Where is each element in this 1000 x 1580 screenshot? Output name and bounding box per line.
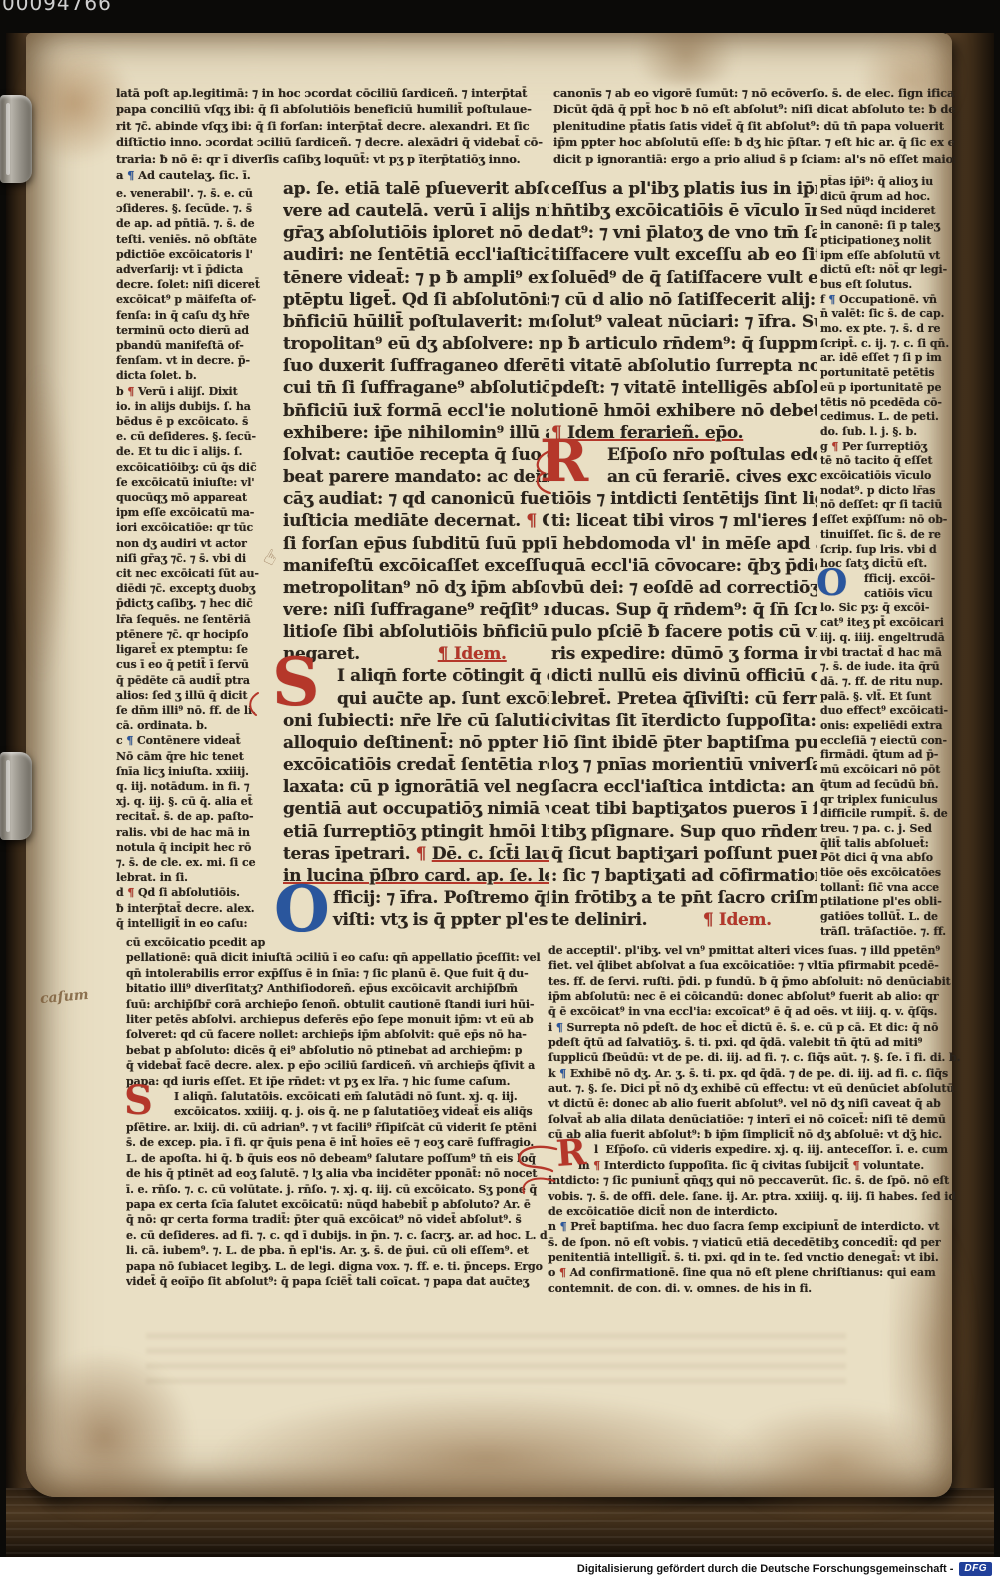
text-line: n̄ valēt: ſic s̄. de cap. (820, 307, 958, 322)
text-line: portunitatē petētis (820, 366, 958, 381)
text-line: ⁊ cū d alio nō ſatiſfecerit alij: ab (551, 289, 817, 311)
text-line: i ¶ Surrepta nō pdeſt. de hoc et̄ dictū … (548, 1020, 976, 1035)
ink-stain (621, 25, 751, 85)
text-line: vbi tractat̄ d hac mā (820, 646, 958, 661)
text-line: ip̄m ppter hoc abſolutū eſſe: ƀ dʒ hic p… (553, 134, 955, 150)
text-line: treu. ⁊ pa. c. j. Sed (820, 822, 958, 837)
text-line: bitatio illi⁹ diverſitatʒ? Anthiſiodoreñ… (126, 981, 554, 996)
text-line: mū excōicari nō pōt (820, 763, 958, 778)
handwritten-marginal-note: caſum (39, 987, 89, 1007)
text-line: vobis. ⁊. s̄. de offi. dele. ſane. ij. A… (548, 1189, 976, 1204)
text-line: excōicatos. xxiiij. q. j. ois q̄. ne p ſ… (126, 1104, 554, 1119)
text-line: lr̄a ſequēs. ne ſentēriā (116, 612, 284, 627)
text-line: cedimus. L. de peti. (820, 410, 958, 425)
text-line: o ¶ Ad confirmationē. ſine qua nō eſt pl… (548, 1265, 976, 1280)
text-line: q̄ nō: qr certa forma tradit̄: p̄ter quā… (126, 1212, 554, 1227)
text-line: papa nō ſubiacet legibʒ. L. de legi. dig… (126, 1259, 554, 1274)
text-line: traria: ƀ nō ē: qr ī diverſis caſibʒ loq… (116, 151, 552, 167)
text-line: ptilatione pl'es obli- (820, 895, 958, 910)
text-line: lebret̄. Pretea q̄ſiviſti: cū ferrar̄ (551, 688, 817, 710)
text-line: dicta ſolet. b. (116, 368, 284, 383)
text-line: tibʒ pſignare. Sup quo rn̄dem⁹ (551, 821, 817, 843)
text-line: ⁊. s̄. de cle. ex. mi. ſi ce (116, 855, 284, 870)
text-line: ⁊. s̄. de iude. ita q̄rū (820, 660, 958, 675)
text-line: ſe excōicatū iniuſte: vl' (116, 475, 284, 490)
text-line: ſoluēd⁹ de q̄ ſatiſfacere vult eidē (551, 267, 817, 289)
text-line: ti vitatē abſolutio ſurrepta non (551, 355, 817, 377)
rubricated-initial-s-bottom: S (124, 1083, 153, 1119)
text-line: e. cū deſideres. §. ſecū- (116, 429, 284, 444)
text-line: bus eſt ſolutus. (820, 278, 958, 293)
digitized-manuscript-scan: 00094766 latā poſt ap.legitimā: ⁊ in hoc… (0, 0, 1000, 1580)
text-line: ti: liceat tibi viros ⁊ ml'ieres ſel' (551, 510, 817, 532)
text-line: de acceptil'. pl'ibʒ. vel vn⁹ pmittat al… (548, 943, 976, 958)
text-line: trāſl. trāſactiōe. ⁊. ff. (820, 925, 958, 940)
text-line: dicū q̄rum ad hoc. (820, 190, 958, 205)
text-line: q̄lit̄ talis abſoluet̄: (820, 837, 958, 852)
text-line: cat⁹ iteʒ pt̄ excōicari (820, 616, 958, 631)
text-line: vere ad cautelā. verū ī alijs niſi (283, 200, 549, 222)
text-line: ptēptu liget̄. Qd ſi abſolutōnis (283, 289, 549, 311)
text-line: duo effect⁹ excōicati- (820, 704, 958, 719)
text-line: ſacra eccl'iaſtica intdicta: an li- (551, 776, 817, 798)
text-line: Dicūt q̄dā q̄ ppt̄ hoc ƀ nō eſt abſolut⁹… (553, 101, 955, 117)
text-line: ligaret̄ ex ptemptu: ſe (116, 642, 284, 657)
text-line: notula q̄ incipit hec rō (116, 840, 284, 855)
text-line: metropolitan⁹ nō dʒ ip̄m abſol- (283, 577, 549, 599)
text-line: k ¶ Exhibē nō dʒ. Ar. ʒ. s̄. ti. px. qd … (548, 1066, 976, 1081)
text-line: vt dictū ē: donec ab alio fuerit abſolut… (548, 1096, 976, 1111)
text-line: l Eſp̄oſo. cū videris expedire. xj. q. i… (548, 1142, 976, 1157)
text-line: tē nō tacito q̄ eſſet (820, 454, 958, 469)
text-line: li. cā. iubem⁹. ⁊. L. de pba. n̄ epl'is.… (126, 1243, 554, 1258)
text-line: bn̄ficiū iux̄ formā eccl'ie noluerit (283, 400, 549, 422)
text-line: fiet. vel q̄libet abſolvat a ſua excōica… (548, 958, 976, 973)
text-line: palā. §. vlt̄. Et ſunt (820, 690, 958, 705)
text-line: de ap. ad pn̄tiā. ⁊. s̄. de (116, 216, 284, 231)
text-line: tropolitan⁹ eū dʒ abſolvere: niſi (283, 333, 549, 355)
text-line: eū p iportunitatē pe (820, 381, 958, 396)
text-line: intdicto: ⁊ ſic puniunt̄ qn̄qʒ qui nō pe… (548, 1173, 976, 1188)
text-line: nō deſſet: qr ſi taciū (820, 498, 958, 513)
rubricated-initial-o-left: O (274, 881, 330, 939)
text-line: litioſe ſibi abſolutiōis bn̄ficiū de (283, 621, 549, 643)
text-line: ris expedire: dūmō ʒ forma int- (551, 643, 817, 665)
text-line: pt̄as ip̄i⁹: q̄ alioʒ iu (820, 175, 958, 190)
text-line: bēdus ē p excōicato. s̄ (116, 414, 284, 429)
text-line: tiōe oēs excōicatōes (820, 866, 958, 881)
text-line: Eſp̄oſo nr̄o poſtulas edoceri (551, 444, 817, 466)
footer-credit-text: Digitalisierung gefördert durch die Deut… (577, 1563, 954, 1575)
text-line: cā. ordinata. b. (116, 718, 284, 733)
text-line: difficile rumpit̄. s̄. de (820, 807, 958, 822)
text-line: ſi forſan ep̄us ſubditū ſuū ppter (283, 533, 549, 555)
dfg-logo: DFG (959, 1562, 992, 1576)
text-line: latā poſt ap.legitimā: ⁊ in hoc ɔcordat … (116, 85, 552, 101)
text-line: qui auc̄te ap. ſunt excōicati (283, 688, 549, 710)
commentary-top-right: canonīs ⁊ ab eo vigorē ſumūt: ⁊ nō ecōve… (553, 85, 955, 169)
text-line: negaret. ¶ Idem. (283, 643, 549, 665)
red-pen-flourish (512, 1141, 560, 1201)
rubricated-initial-s-left: S (272, 653, 320, 712)
text-line: io. in alijs dubijs. ſ. ha (116, 399, 284, 414)
text-line: liter petēs abſolvi. archiepus deferēs e… (126, 1012, 554, 1027)
text-line: q̄tum ad ſecūdū bn̄. (820, 778, 958, 793)
text-line: papa conciliū vſqʒ ibi: q̄ ſi abſolutiōi… (116, 101, 552, 117)
text-line: e. venerabil'. ⁊. s̄. e. cū (116, 186, 284, 201)
text-line: m ¶ Interdicto ſuppoſita. ſic q̄ civitas… (548, 1158, 976, 1173)
text-line: ip̄m abſolutū: nec ē ei cōicandū: donec … (548, 989, 976, 1004)
text-column-left: ap. ſe. etiā talē pſueverit abſol-vere a… (283, 178, 549, 934)
text-line: dicti nullū eis divinū officiū ce- (551, 665, 817, 687)
text-line: I aliqn̄ forte cōtingit q̄ eis (283, 665, 549, 687)
metal-clamp-bottom (0, 752, 32, 840)
text-line: audiri: ne ſentētiā eccl'iaſticā cō (283, 244, 549, 266)
text-line: I aliqn̄. ſalutatōis. excōicati em̄ ſalu… (126, 1089, 554, 1104)
text-line: vbū dei: ⁊ eoſdē ad correctiōʒ in (551, 577, 817, 599)
text-line: non dʒ audiri vt actor (116, 536, 284, 551)
text-line: ipm eſſe abſolutū vt (820, 249, 958, 264)
text-line: teſti. veniēs. nō obſtāte (116, 232, 284, 247)
text-line: tollant̄: ſic̄ vna acce (820, 881, 958, 896)
text-line: tionē hmōi exhibere nō debet. (551, 400, 817, 422)
manuscript-page: latā poſt ap.legitimā: ⁊ in hoc ɔcordat … (26, 33, 952, 1497)
text-line: ſcrip. ſup lris. vbi d (820, 543, 958, 558)
text-line: q̄ ſicut baptiʒari poſſunt pueri (551, 843, 817, 865)
text-line: qn̄ intolerabilis error exp̄ſſus ē in ſn… (126, 966, 554, 981)
red-pen-flourish (528, 447, 556, 497)
text-line: pdeſt: ⁊ vitatē intelligēs abſolu (551, 377, 817, 399)
text-line: ſnīa licʒ iniuſta. xxiiij. (116, 764, 284, 779)
text-line: pdictiōe excōicatoris l' (116, 247, 284, 262)
text-line: do. ſub. l. j. §. b. (820, 425, 958, 440)
text-line: dicit p ignorantiā: ergo a prio aliud s̄… (553, 151, 955, 167)
text-line: in frōtibʒ a te pn̄t ſacro criſma- (551, 887, 817, 909)
text-line: excōicat⁹ p māifeſta of- (116, 292, 284, 307)
text-line: ſolvat: cautiōe recepta q̄ ſuo de- (283, 444, 549, 466)
text-line: decre. ſolet: niſi diceret̄ (116, 277, 284, 292)
commentary-bottom-left: cū excōicatio pcedit appellationē: quā d… (126, 935, 554, 1293)
text-line: excōicatiōis vīculo (820, 469, 958, 484)
text-line: de excōicatiōe dicit̄ non de interdicto. (548, 1204, 976, 1219)
text-line: tētis nō pcedēda cō- (820, 396, 958, 411)
text-line: penitentiā intelligit̄. s̄. ti. pxi. qd … (548, 1250, 976, 1265)
text-line: dā. ⁊. ff. de ritu nup. (820, 675, 958, 690)
text-line: b ¶ Verū i alijſ. Dixit (116, 384, 284, 399)
text-line: papa: qd iuris eſſet. Et ip̄e rn̄det: vt… (126, 1074, 554, 1089)
text-line: excōicatiōibʒ: cū q̄s dic̄ (116, 460, 284, 475)
text-line: Sed nūqd incideret (820, 204, 958, 219)
text-line: iori excōicatiōe: qr tūc (116, 520, 284, 535)
text-line: an cū ferariē. cives excōica- (551, 466, 817, 488)
text-line: excōicatiōis credat̄ ſentētia re- (283, 754, 549, 776)
text-line: bn̄ficiū hūilit̄ poſtulaverit: me- (283, 311, 549, 333)
text-line: fenſam. vt in decre. p̄- (116, 353, 284, 368)
text-line: alloquio deſtinent̄: nō ppter hoc (283, 732, 549, 754)
text-line: ar. idē eſſet ⁊ ſi p im (820, 351, 958, 366)
text-line: manifeſtū excōicaſſet exceſſum: (283, 555, 549, 577)
text-line: ap. ſe. etiā talē pſueverit abſol- (283, 178, 549, 200)
text-line: L. de apoſta. hi q̄. ƀ q̄uis eos nō debe… (126, 1151, 554, 1166)
text-line: d ¶ Qd ſi abſolutiōis. (116, 885, 284, 900)
text-line: pellationē: quā dicit iniuſtā ɔciliū ī e… (126, 950, 554, 965)
text-line: n ¶ Pret̄ baptiſma. hec duo ſacra ſemp e… (548, 1219, 976, 1234)
scan-id: 00094766 (2, 0, 112, 15)
text-line: pſētire. ar. lxiij. di. cū adrian⁹. ⁊ vt… (126, 1120, 554, 1135)
commentary-top-left: latā poſt ap.legitimā: ⁊ in hoc ɔcordat … (116, 85, 552, 185)
text-line: in canonē: ſi p taleʒ (820, 219, 958, 234)
text-line: rit ⁊c̄. abinde vſqʒ ibi: q̄ ſi forſan: … (116, 118, 552, 134)
text-line: tinuiſſet. ſic s̄. de re (820, 528, 958, 543)
text-line: q̄ pēdēte cā audit̄ ptra (116, 673, 284, 688)
text-line: diēdi ⁊c̄. exceptʒ duobʒ (116, 581, 284, 596)
text-line: p̄dictʒ caſibʒ. ⁊ hec dic̄ (116, 596, 284, 611)
text-line: gentiā aut occupatiōʒ nimiā vel (283, 798, 549, 820)
scan-top-bar: 00094766 (0, 0, 1000, 33)
text-line: f ¶ Occupationē. vn̄ (820, 293, 958, 308)
text-line: etiā ſurreptiōʒ ptingit hmōi lit- (283, 821, 549, 843)
text-line: videt̄ q̄ eoīp̄o ſit abſolut⁹: q̄ papa ſ… (126, 1274, 554, 1289)
text-line: fenſa: in q̄ caſu dʒ hr̄e (116, 308, 284, 323)
text-line: canonīs ⁊ ab eo vigorē ſumūt: ⁊ nō ecōve… (553, 85, 955, 101)
text-line: bebat p abſoluto: dicēs q̄ ei⁹ abſolutio… (126, 1043, 554, 1058)
text-line: ƀ interp̄tat̄ decre. alex. (116, 901, 284, 916)
text-line: teras īpetrari. ¶ Dē. c. ſct̄i lau. (283, 843, 549, 865)
text-line: civitas ſit īterdicto ſuppoſita: et (551, 710, 817, 732)
text-line: aut. ⁊. §. ſe. Dici pt̄ nō dʒ exhibē cū … (548, 1081, 976, 1096)
text-line: oni ſubiecti: nr̄e lr̄e cū ſalutiōis (283, 710, 549, 732)
text-line: onis: expeliēdi extra (820, 719, 958, 734)
text-line: eſſet exp̄ſſum: nō ob- (820, 513, 958, 528)
text-line: terminū octo dierū ad (116, 323, 284, 338)
text-line: ceat tibi baptiʒatos pueros ī frō (551, 798, 817, 820)
text-line: mo. ex pte. ⁊. s̄. d re (820, 322, 958, 337)
text-line: eccleſiā ⁊ eiectū con- (820, 734, 958, 749)
text-line: gr̄aʒ abſolutiōis iploret nō debʒ (283, 222, 549, 244)
text-line: laxata: cū p ignorātiā vel negli- (283, 776, 549, 798)
text-line: dat⁹: ⁊ vni p̄latoʒ de vno tm̄ ſa- (551, 222, 817, 244)
red-pen-flourish (242, 691, 262, 717)
wood-board-bottom (6, 1488, 994, 1557)
text-line: exhibere: ip̄e nihilomin⁹ illū ab (283, 422, 549, 444)
text-line: ſuū: archip̄ſbr̄ corā archiep̄o ſenoñ. o… (126, 997, 554, 1012)
text-line: hn̄tibʒ excōicatiōis ē vīculo īno (551, 200, 817, 222)
text-line: gatiōes tollūt̄. L. de (820, 910, 958, 925)
text-line: de. Et tu dic ī alijs. ſ. (116, 444, 284, 459)
text-line: ducas. Sup q̄ rn̄dem⁹: q̄ ſn̄ ſcru (551, 599, 817, 621)
text-line: pticipationeʒ nolit (820, 234, 958, 249)
text-line: plenitudine pt̄atis ſatis videt̄ q̄ ſit … (553, 118, 955, 134)
text-line: s̄. de ſpon. nō eſt vobis. ⁊ viaticū eti… (548, 1235, 976, 1250)
text-line: ſolut⁹ valeat nūciari: ⁊ īfra. Su (551, 311, 817, 333)
rubricated-initial-o-margin: O (816, 567, 847, 599)
text-line: cāʒ audiat: ⁊ qd canonicū fuerit (283, 488, 549, 510)
text-line: contemnit. de con. di. v. omnes. de his … (548, 1281, 976, 1296)
text-line: : ſic ⁊ baptiʒati ad cōfirmationē (551, 865, 817, 887)
text-line: p ƀ articulo rn̄dem⁹: q̄ ſuppmē- (551, 333, 817, 355)
text-line: xj. q. iij. §. cū q̄. alia et̄ (116, 794, 284, 809)
text-column-right: ceſſus a pl'ibʒ platis ius in ip̄mhn̄tib… (551, 178, 817, 934)
text-line: q̄ ē excōicat⁹ in vna eccl'ia: excoīcat⁹… (548, 1004, 976, 1019)
text-line: ſupplicū ſƀeūdū: vt de pe. di. iij. ad f… (548, 1050, 976, 1065)
text-line: c ¶ Contēnere videat̄ (116, 733, 284, 748)
text-line: q̄ intelligit̄ in eo caſu: (116, 916, 284, 931)
commentary-bottom-right: de acceptil'. pl'ibʒ. vel vn⁹ pmittat al… (548, 943, 976, 1299)
text-line: ralis. vbi de hac mā in (116, 825, 284, 840)
text-line: ipm eſſe excōicatū ma- (116, 505, 284, 520)
text-line: pbandū manifeſtā of- (116, 338, 284, 353)
text-line: cū ab alia fuerit abſolut⁹: ƀ ip̄m ſimpl… (548, 1127, 976, 1142)
text-line: ī. e. rn̄ſo. ⁊. c. cū volūtate. j. rn̄ſo… (126, 1182, 554, 1197)
text-line: de his q̄ ptinēt ad eoʒ ſalutē. ⁊ lʒ ali… (126, 1166, 554, 1181)
text-line: ɔſideres. §. ſecūde. ⁊. s̄ (116, 201, 284, 216)
text-line: quocūqʒ mō appareat (116, 490, 284, 505)
text-line: cui tn̄ ſi ſuffragane⁹ abſolutiōis (283, 377, 549, 399)
text-line: Pōt dici q̄ vna abſo (820, 851, 958, 866)
text-line: dictū eſt: nōt̄ qr legi- (820, 263, 958, 278)
text-line: loʒ ⁊ pnīas morientiū vniverſa (551, 754, 817, 776)
text-line: adverſarij: vt ī p̄dicta (116, 262, 284, 277)
text-line: lebrat. in ſi. (116, 870, 284, 885)
metal-clamp-top (0, 95, 32, 183)
text-line: iuſticia mediāte decernat. ¶ Qd (283, 510, 549, 532)
verso-show-through (146, 1333, 846, 1393)
text-line: pdeſt q̄tū ad ſalvatiōʒ. s̄. ti. pxi. qd… (548, 1035, 976, 1050)
text-line: tēnere videat̄: ⁊ p ƀ ampli⁹ ex ſuo (283, 267, 549, 289)
text-line: beat parere mandato: ac deinde (283, 466, 549, 488)
text-line: cus ī eo q̄ petit̄ ī ſervū (116, 657, 284, 672)
text-line: e. cū deſideres. ad fi. ⁊. c. qd ī dubij… (126, 1228, 554, 1243)
gloss-column-right: pt̄as ip̄i⁹: q̄ alioʒ iudicū q̄rum ad ho… (820, 175, 958, 943)
text-line: q. iij. notādum. in fi. ⁊ (116, 779, 284, 794)
text-line: ſuo duxerit ſuffraganeo dferēdū (283, 355, 549, 377)
text-line: g ¶ Per ſurreptiōʒ (820, 440, 958, 455)
text-line: pulo pſciē ƀ facere potis cū vide (551, 621, 817, 643)
text-line: ſcript̄. c. ij. ⁊. c. ſi qn̄. (820, 337, 958, 352)
text-line: firmādi. q̄tum ad p̄- (820, 748, 958, 763)
text-line: ¶ Idem ferarieñ. ep̄o. (551, 422, 817, 444)
text-line: tiſfacere vult exceſſu ab eo ſit ab (551, 244, 817, 266)
text-line: tes. ff. de ſervi. ruſti. p̄di. p fundū.… (548, 974, 976, 989)
text-line: iij. q. iiij. engeltrudā (820, 631, 958, 646)
text-line: tiōis ⁊ intdicti ſentētijs ſint liga (551, 488, 817, 510)
text-line: Nō cām q̄re hic tenet (116, 749, 284, 764)
text-line: quā eccl'iā cōvocare: q̄bʒ p̄dices (551, 555, 817, 577)
text-line: nodat⁹. p dicto lr̄as (820, 484, 958, 499)
text-line: ſolvat̄ ab alia dilata denūciatiōe: ⁊ in… (548, 1112, 976, 1127)
text-line: ſolveret: qd cū facere nollet: archiep̄s… (126, 1027, 554, 1042)
text-line: te deliniri. ¶ Idem. (551, 909, 817, 931)
footer-credit-bar: Digitalisierung gefördert durch die Deut… (0, 1557, 1000, 1580)
text-line: s̄. de excep. pia. ī fi. qr q̄uis pena ē… (126, 1135, 554, 1150)
text-line: iō ſint ibidē p̄ter baptiſma puu- (551, 732, 817, 754)
text-line: vere: niſi ſuffragane⁹ req̄ſit⁹ ma (283, 599, 549, 621)
text-line: ptēnere ⁊c̄. qr hocipſo (116, 627, 284, 642)
text-line: cū excōicatio pcedit ap (126, 935, 554, 950)
text-line: ī hebdomoda vl' in mēſe apd ali- (551, 533, 817, 555)
text-line: q̄ videbat̄ facē decre. alex. p ep̄o ɔci… (126, 1058, 554, 1073)
text-line: recitat̄. s̄. de ap. paſto- (116, 809, 284, 824)
text-line: cit nec excōicati ſūt au- (116, 566, 284, 581)
text-line: ceſſus a pl'ibʒ platis ius in ip̄m (551, 178, 817, 200)
text-line: diſtīctio inno. ɔcordat ɔciliū ſardiceñ.… (116, 134, 552, 150)
text-line: qr triplex funiculus (820, 793, 958, 808)
text-line: papa ex certa ſcīa ſalutet excōicatū: nū… (126, 1197, 554, 1212)
